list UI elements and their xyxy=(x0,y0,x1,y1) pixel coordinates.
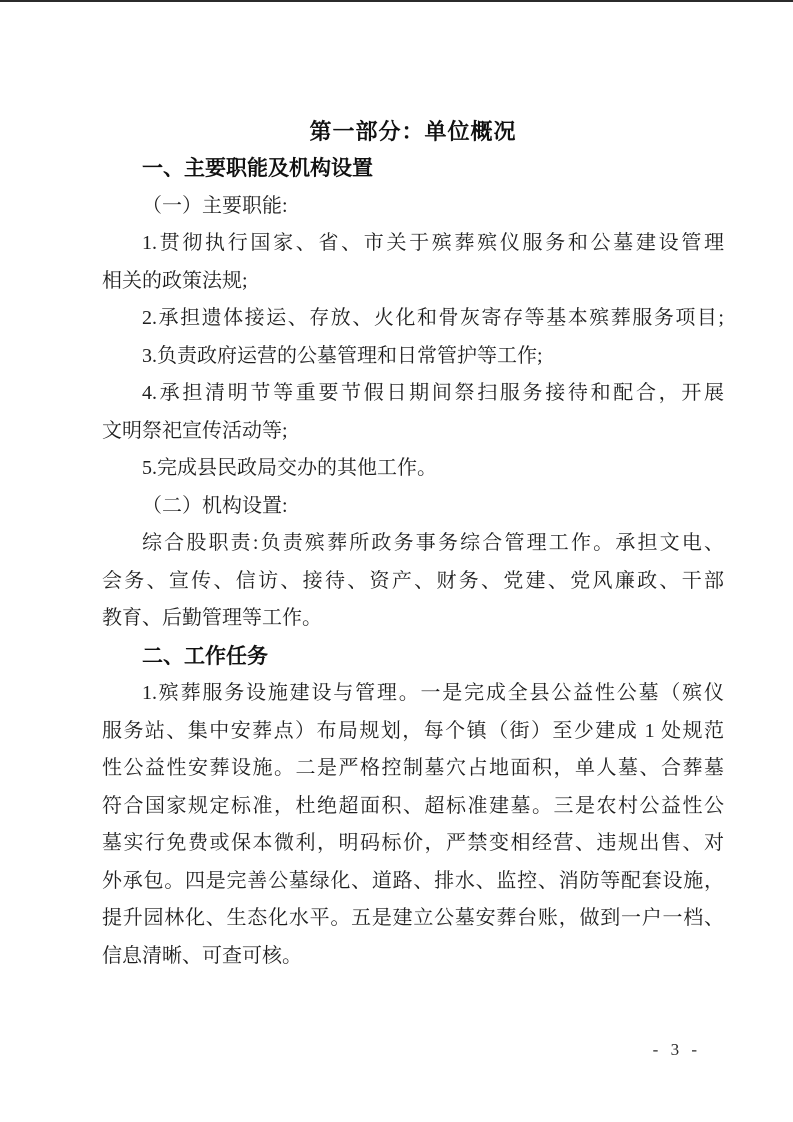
text-line: （一）主要职能: xyxy=(102,188,724,226)
text-line: 3.负责政府运营的公墓管理和日常管护等工作; xyxy=(102,338,724,376)
text-line: （二）机构设置: xyxy=(102,488,724,526)
text-line: 提升园林化、生态化水平。五是建立公墓安葬台账，做到一户一档、 xyxy=(102,900,724,938)
text-line: 综合股职责:负责殡葬所政务事务综合管理工作。承担文电、 xyxy=(102,525,724,563)
text-line: 服务站、集中安葬点）布局规划，每个镇（街）至少建成 1 处规范 xyxy=(102,713,724,751)
text-line: 墓实行免费或保本微利，明码标价，严禁变相经营、违规出售、对 xyxy=(102,825,724,863)
text-line: 会务、宣传、信访、接待、资产、财务、党建、党风廉政、干部 xyxy=(102,563,724,601)
text-line: 1.殡葬服务设施建设与管理。一是完成全县公益性公墓（殡仪 xyxy=(102,675,724,713)
text-line: 性公益性安葬设施。二是严格控制墓穴占地面积，单人墓、合葬墓 xyxy=(102,750,724,788)
text-line: 信息清晰、可查可核。 xyxy=(102,938,724,976)
text-line: 2.承担遗体接运、存放、火化和骨灰寄存等基本殡葬服务项目; xyxy=(102,300,724,338)
section-heading: 二、工作任务 xyxy=(102,638,724,676)
text-line: 符合国家规定标准，杜绝超面积、超标准建墓。三是农村公益性公 xyxy=(102,788,724,826)
document-page: 第一部分：单位概况 一、主要职能及机构设置（一）主要职能:1.贯彻执行国家、省、… xyxy=(0,0,793,1122)
document-body: 一、主要职能及机构设置（一）主要职能:1.贯彻执行国家、省、市关于殡葬殡仪服务和… xyxy=(102,150,724,975)
text-line: 相关的政策法规; xyxy=(102,263,724,301)
document-content: 第一部分：单位概况 一、主要职能及机构设置（一）主要职能:1.贯彻执行国家、省、… xyxy=(102,114,724,975)
text-line: 外承包。四是完善公墓绿化、道路、排水、监控、消防等配套设施， xyxy=(102,863,724,901)
text-line: 1.贯彻执行国家、省、市关于殡葬殡仪服务和公墓建设管理 xyxy=(102,225,724,263)
text-line: 5.完成县民政局交办的其他工作。 xyxy=(102,450,724,488)
scan-top-edge xyxy=(0,0,793,2)
page-number: - 3 - xyxy=(653,1038,701,1062)
text-line: 教育、后勤管理等工作。 xyxy=(102,600,724,638)
document-title: 第一部分：单位概况 xyxy=(102,114,724,150)
text-line: 4.承担清明节等重要节假日期间祭扫服务接待和配合，开展 xyxy=(102,375,724,413)
text-line: 文明祭祀宣传活动等; xyxy=(102,413,724,451)
section-heading: 一、主要职能及机构设置 xyxy=(102,150,724,188)
